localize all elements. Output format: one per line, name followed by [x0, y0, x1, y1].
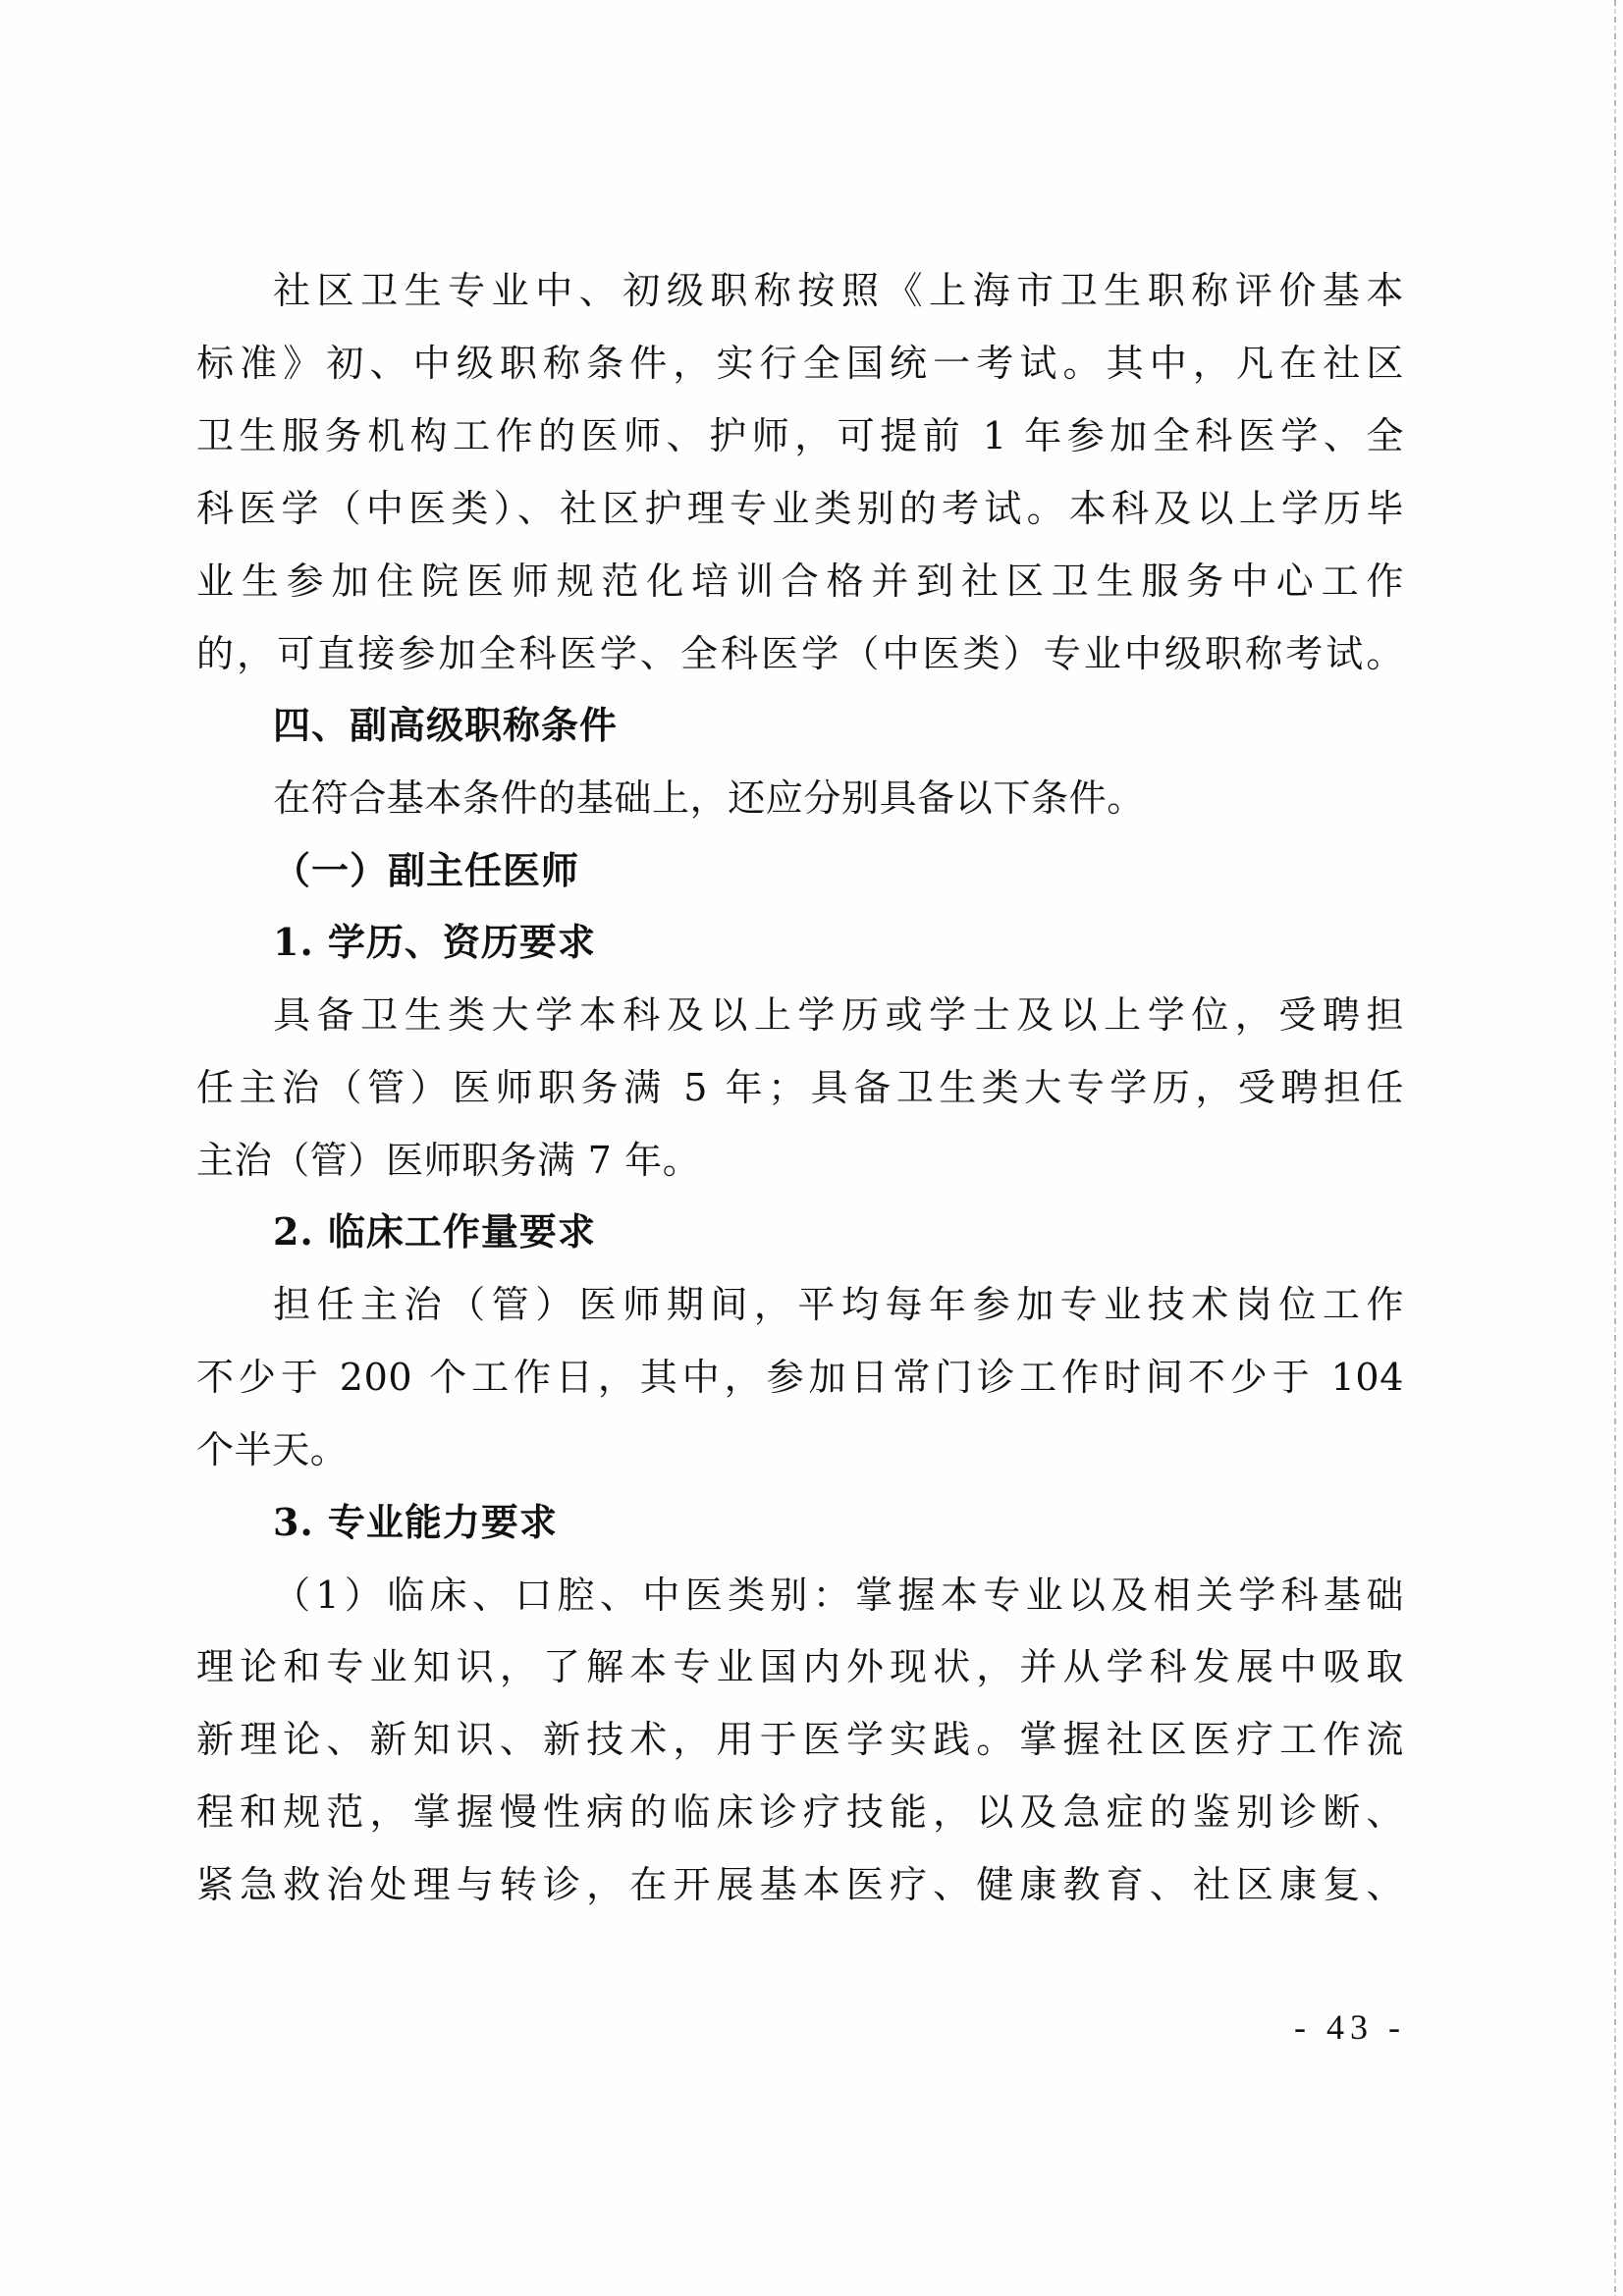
paragraph-line: 担任主治（管）医师期间，平均每年参加专业技术岗位工作 [196, 1275, 1404, 1334]
paragraph-line: 主治（管）医师职务满 7 年。 [196, 1131, 1404, 1190]
paragraph-line: 新理论、新知识、新技术，用于医学实践。掌握社区医疗工作流 [196, 1710, 1404, 1769]
paragraph-line: 卫生服务机构工作的医师、护师，可提前 1 年参加全科医学、全 [196, 406, 1404, 465]
paragraph-line: 业生参加住院医师规范化培训合格并到社区卫生服务中心工作 [196, 552, 1404, 611]
page-number: - 43 - [1267, 2002, 1434, 2052]
item-heading-workload: 2. 临床工作量要求 [196, 1202, 1404, 1261]
item-heading-ability: 3. 专业能力要求 [196, 1493, 1404, 1552]
scan-edge-line [1614, 0, 1616, 2296]
section-heading: 四、副高级职称条件 [196, 696, 1404, 755]
paragraph-line: 紧急救治处理与转诊，在开展基本医疗、健康教育、社区康复、 [196, 1855, 1404, 1914]
paragraph-line: 的，可直接参加全科医学、全科医学（中医类）专业中级职称考试。 [196, 624, 1404, 683]
paragraph-line: 理论和专业知识，了解本专业国内外现状，并从学科发展中吸取 [196, 1637, 1404, 1696]
paragraph-line: 程和规范，掌握慢性病的临床诊疗技能，以及急症的鉴别诊断、 [196, 1783, 1404, 1842]
paragraph-line: 社区卫生专业中、初级职称按照《上海市卫生职称评价基本 [196, 261, 1404, 320]
item-heading-education: 1. 学历、资历要求 [196, 913, 1404, 972]
paragraph-line: 个半天。 [196, 1420, 1404, 1479]
subsection-heading: （一）副主任医师 [196, 841, 1404, 900]
document-page: 社区卫生专业中、初级职称按照《上海市卫生职称评价基本 标准》初、中级职称条件，实… [0, 0, 1623, 2296]
paragraph-line: 科医学（中医类）、社区护理专业类别的考试。本科及以上学历毕 [196, 479, 1404, 538]
paragraph-line: 标准》初、中级职称条件，实行全国统一考试。其中，凡在社区 [196, 334, 1404, 393]
paragraph-line: 任主治（管）医师职务满 5 年；具备卫生类大专学历，受聘担任 [196, 1058, 1404, 1117]
section-intro: 在符合基本条件的基础上，还应分别具备以下条件。 [196, 769, 1404, 828]
paragraph-line: 不少于 200 个工作日，其中，参加日常门诊工作时间不少于 104 [196, 1348, 1404, 1407]
paragraph-line: （1）临床、口腔、中医类别：掌握本专业以及相关学科基础 [196, 1566, 1404, 1625]
paragraph-line: 具备卫生类大学本科及以上学历或学士及以上学位，受聘担 [196, 986, 1404, 1044]
